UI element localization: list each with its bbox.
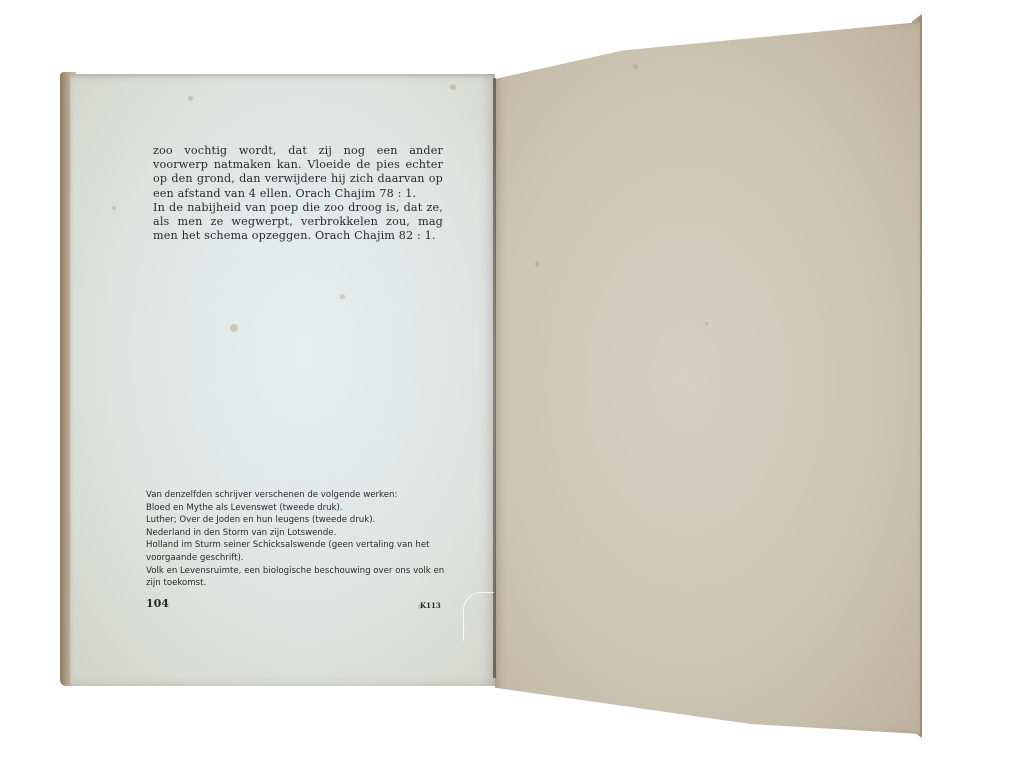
works-item: Bloed en Mythe als Levenswet (tweede dru… [146,502,456,515]
body-paragraph: zoo vochtig wordt, dat zij nog een ander… [153,144,443,201]
works-item: Holland im Sturm seiner Schicksalswende … [146,539,456,564]
right-page-blank [495,22,920,734]
page-number: 104 [146,597,169,610]
signature-mark: K113 [420,601,441,610]
works-item: Volk en Levensruimte, een biologische be… [146,565,456,590]
page-body-text: zoo vochtig wordt, dat zij nog een ander… [153,144,443,243]
book-gutter [493,78,496,678]
works-item: Nederland in den Storm van zijn Lotswend… [146,527,456,540]
works-heading: Van denzelfden schrijver verschenen de v… [146,489,456,502]
open-book-photo: zoo vochtig wordt, dat zij nog een ander… [0,0,1024,768]
page-tear-mark [463,592,494,641]
works-item: Luther; Over de Joden en hun leugens (tw… [146,514,456,527]
works-list: Van denzelfden schrijver verschenen de v… [146,489,456,590]
body-paragraph: In de nabijheid van poep die zoo droog i… [153,201,443,244]
